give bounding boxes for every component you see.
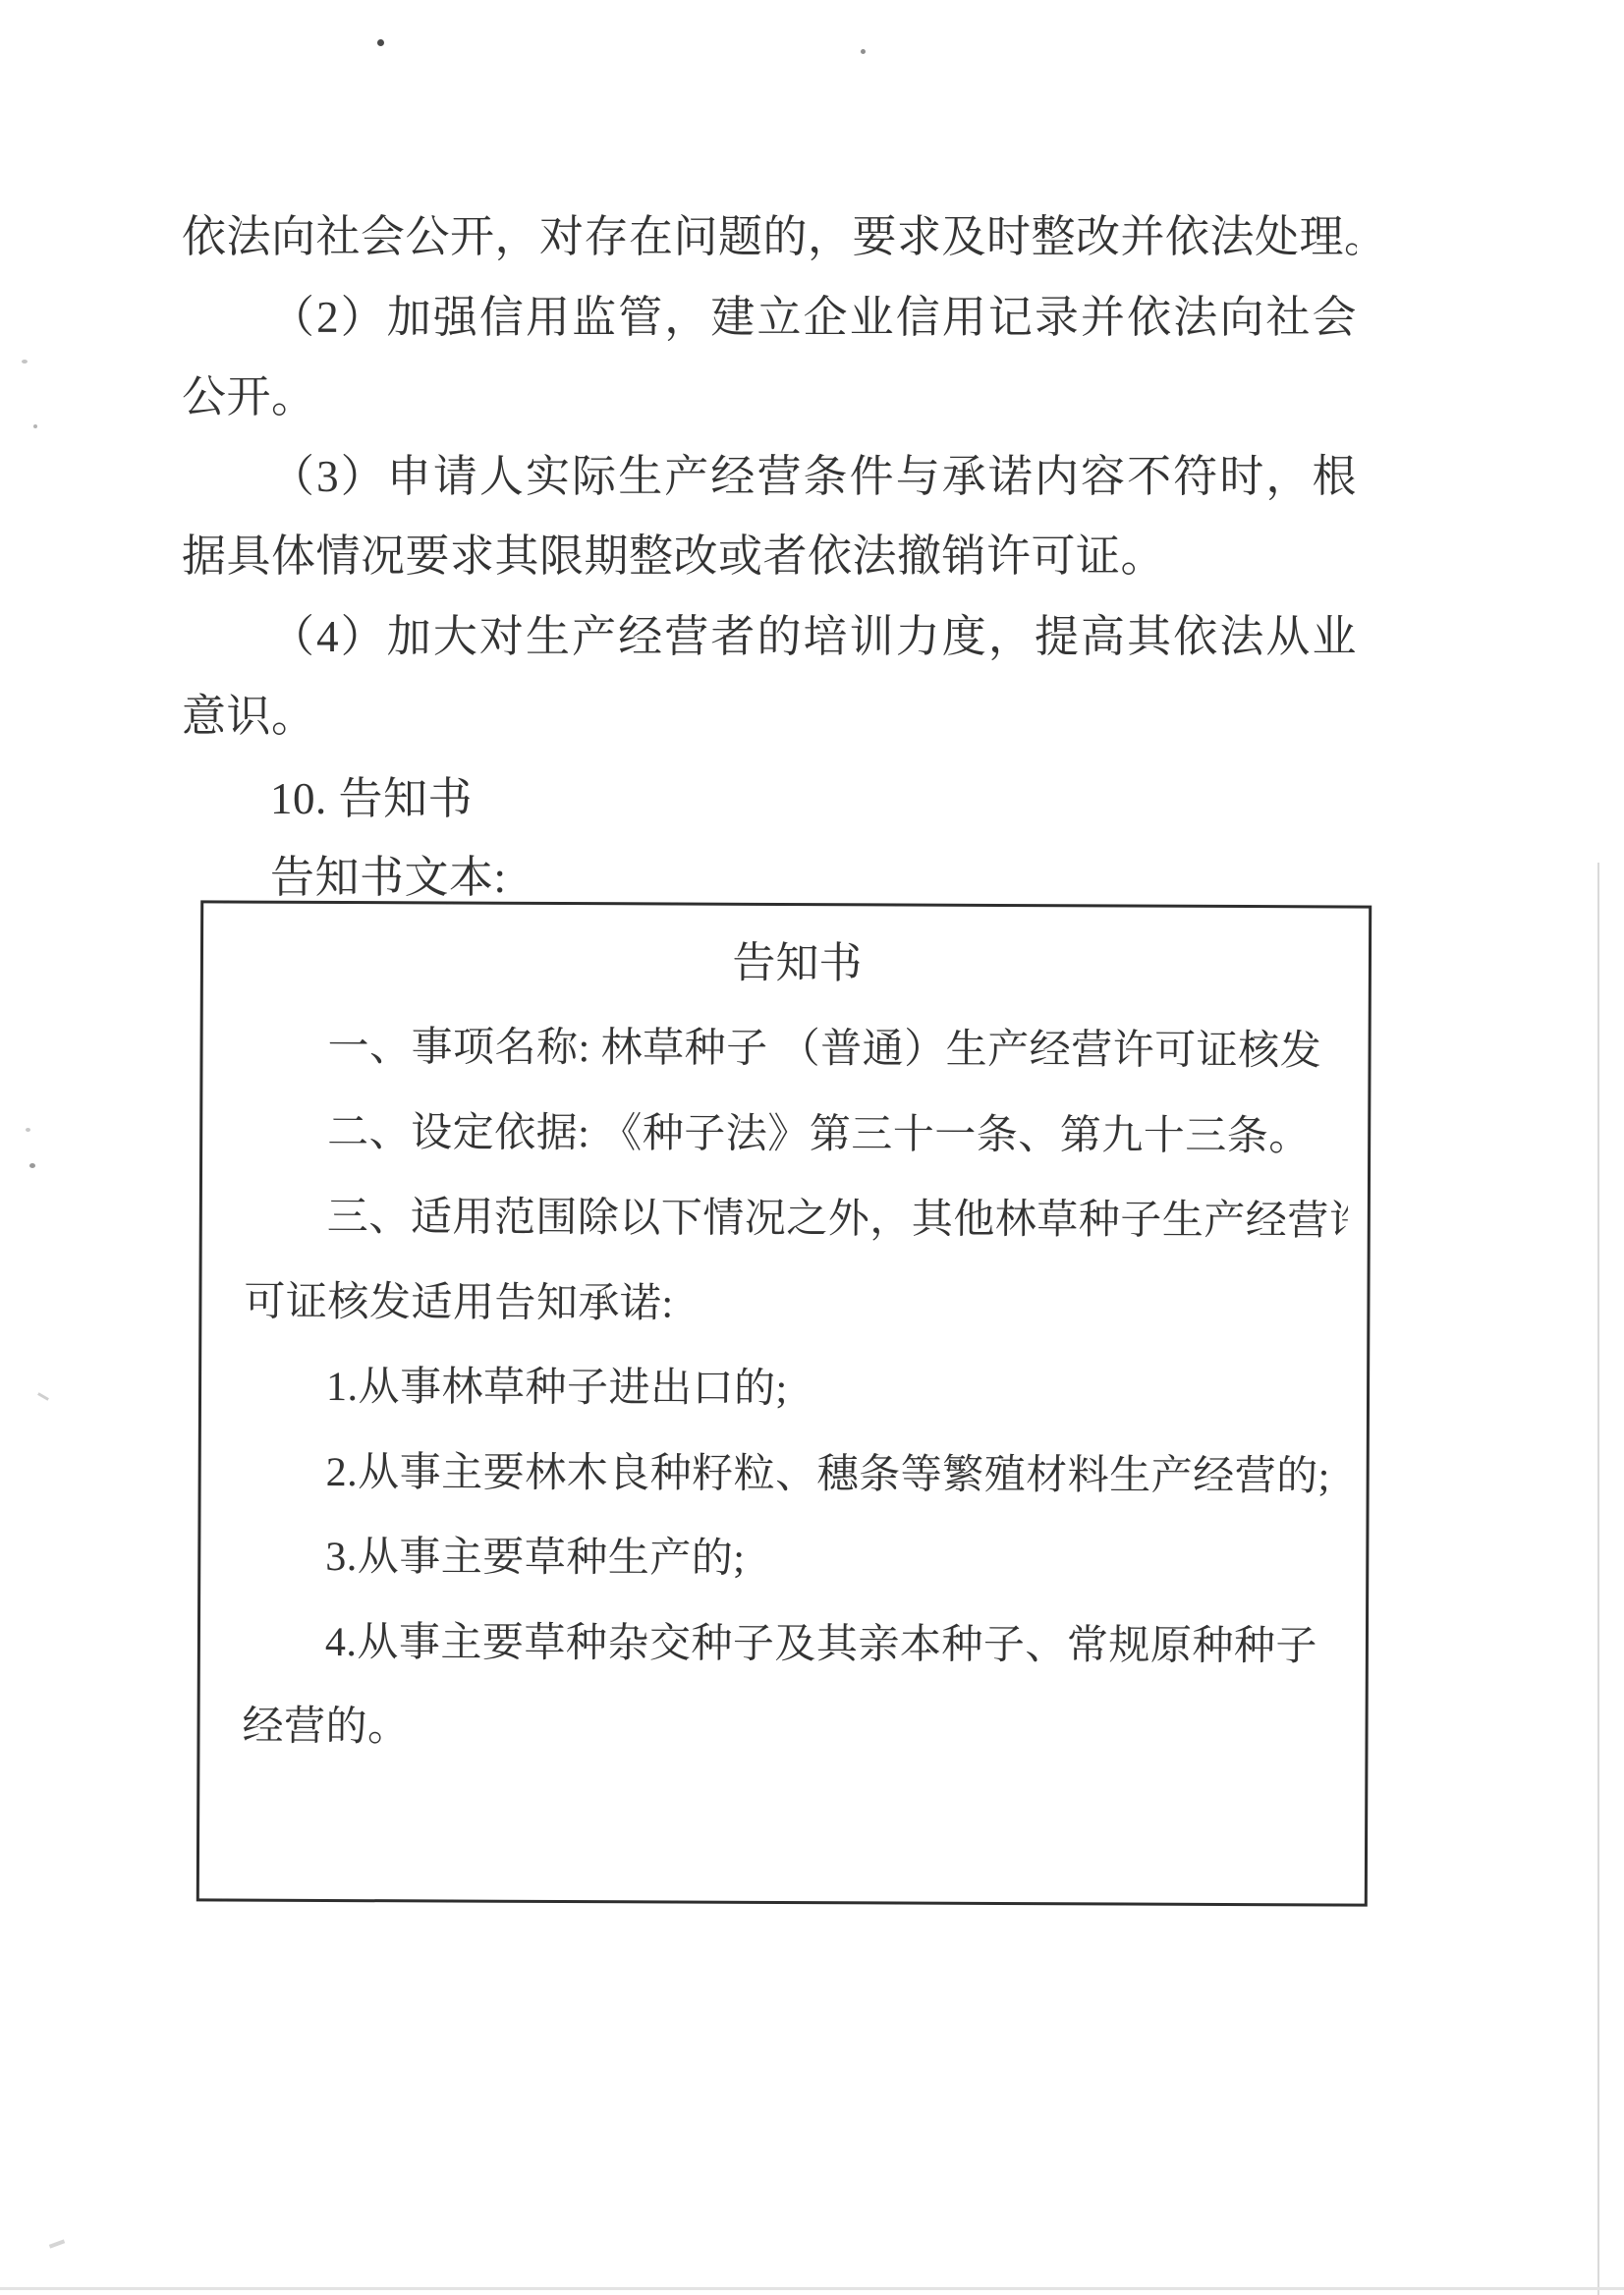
scan-speck-left-1 xyxy=(22,360,28,364)
scan-speck-left-4 xyxy=(29,1163,35,1168)
notice-box: 告知书 一、事项名称: 林草种子 （普通）生产经营许可证核发 二、设定依据: 《… xyxy=(196,900,1372,1906)
notice-line-1-item-name: 一、事项名称: 林草种子 （普通）生产经营许可证核发 xyxy=(245,1024,1348,1076)
body-line-9-notice-text-label: 告知书文本: xyxy=(182,853,1357,904)
notice-line-2-legal-basis: 二、设定依据: 《种子法》第三十一条、第九十三条。 xyxy=(245,1109,1348,1161)
body-line-1: 依法向社会公开，对存在问题的，要求及时整改并依法处理。 xyxy=(182,212,1357,263)
notice-line-9-item4-cont: 经营的。 xyxy=(242,1704,1345,1756)
body-line-2: （2）加强信用监管，建立企业信用记录并依法向社会 xyxy=(182,293,1357,344)
scanned-document-page: { "page": { "body_lines": [ "依法向社会公开，对存在… xyxy=(0,0,1624,2295)
scan-streak-bottom-left xyxy=(49,2239,65,2248)
notice-line-8-item4: 4.从事主要草种杂交种子及其亲本种子、常规原种种子 xyxy=(243,1619,1346,1671)
scan-page-edge-right xyxy=(1597,863,1599,2295)
body-line-6: （4）加大对生产经营者的培训力度，提高其依法从业 xyxy=(182,612,1357,663)
scan-speck-top-2 xyxy=(861,49,866,54)
scan-speck-top-1 xyxy=(377,39,384,46)
scan-speck-left-3 xyxy=(26,1128,30,1132)
notice-line-6-item2: 2.从事主要林木良种籽粒、穗条等繁殖材料生产经营的; xyxy=(244,1449,1347,1501)
body-line-4: （3）申请人实际生产经营条件与承诺内容不符时，根 xyxy=(182,452,1357,503)
notice-line-3-scope: 三、适用范围除以下情况之外，其他林草种子生产经营许 xyxy=(245,1194,1348,1246)
notice-line-4-scope-cont: 可证核发适用告知承诺: xyxy=(244,1279,1347,1331)
body-line-5: 据具体情况要求其限期整改或者依法撤销许可证。 xyxy=(182,532,1357,583)
notice-line-5-item1: 1.从事林草种子进出口的; xyxy=(244,1364,1347,1416)
scan-speck-left-2 xyxy=(33,424,37,428)
scan-streak-left xyxy=(37,1392,49,1401)
body-line-7: 意识。 xyxy=(182,692,1357,743)
scan-page-edge-bottom xyxy=(0,2287,1624,2290)
notice-title: 告知书 xyxy=(246,937,1349,991)
body-line-3: 公开。 xyxy=(182,372,1357,423)
notice-line-7-item3: 3.从事主要草种生产的; xyxy=(243,1534,1346,1586)
body-line-8-notice-heading: 10. 告知书 xyxy=(182,774,1357,825)
